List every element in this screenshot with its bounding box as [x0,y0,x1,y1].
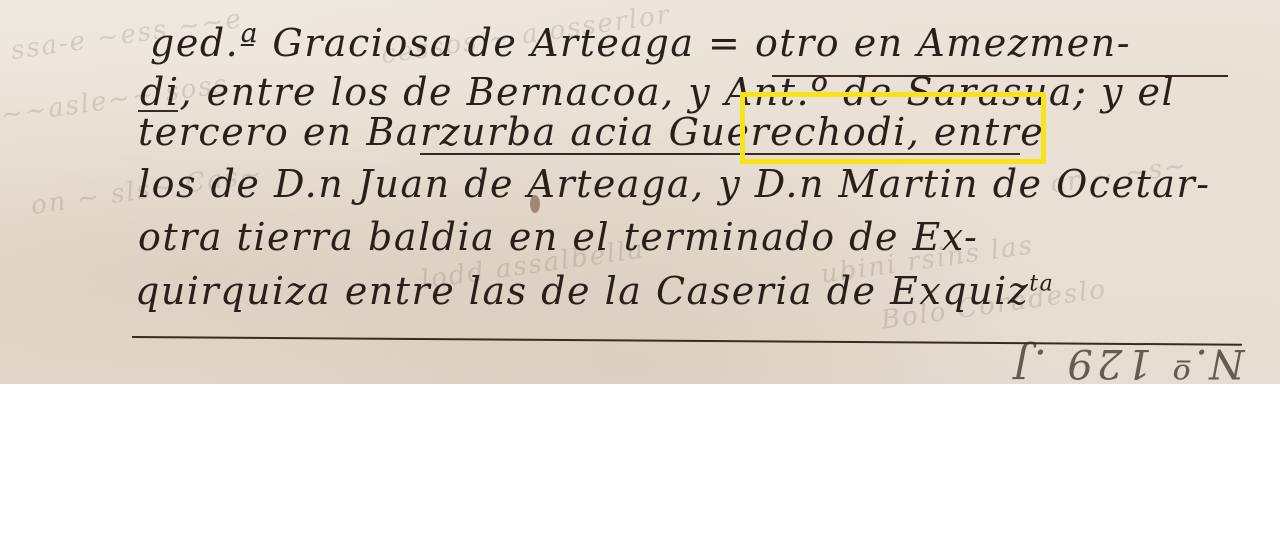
ink-stain [530,195,540,213]
manuscript-scan: ssa-e ~ess ~~e ~~asle~~ soss on ~ sls~ C… [0,0,1280,384]
overline-mark [138,110,178,112]
manuscript-line-4: los de D.n Juan de Arteaga, y D.n Martin… [138,165,1210,203]
manuscript-line-6: quirquiza entre las de la Caseria de Exq… [135,272,1054,310]
highlight-box-guerechodi [740,92,1046,164]
manuscript-line-1: ged.ª Graciosa de Arteaga = otro en Amez… [150,24,1131,62]
manuscript-line-5: otra tierra baldia en el terminado de Ex… [138,218,978,256]
folio-mark: N.º 129 .J [1010,340,1245,384]
